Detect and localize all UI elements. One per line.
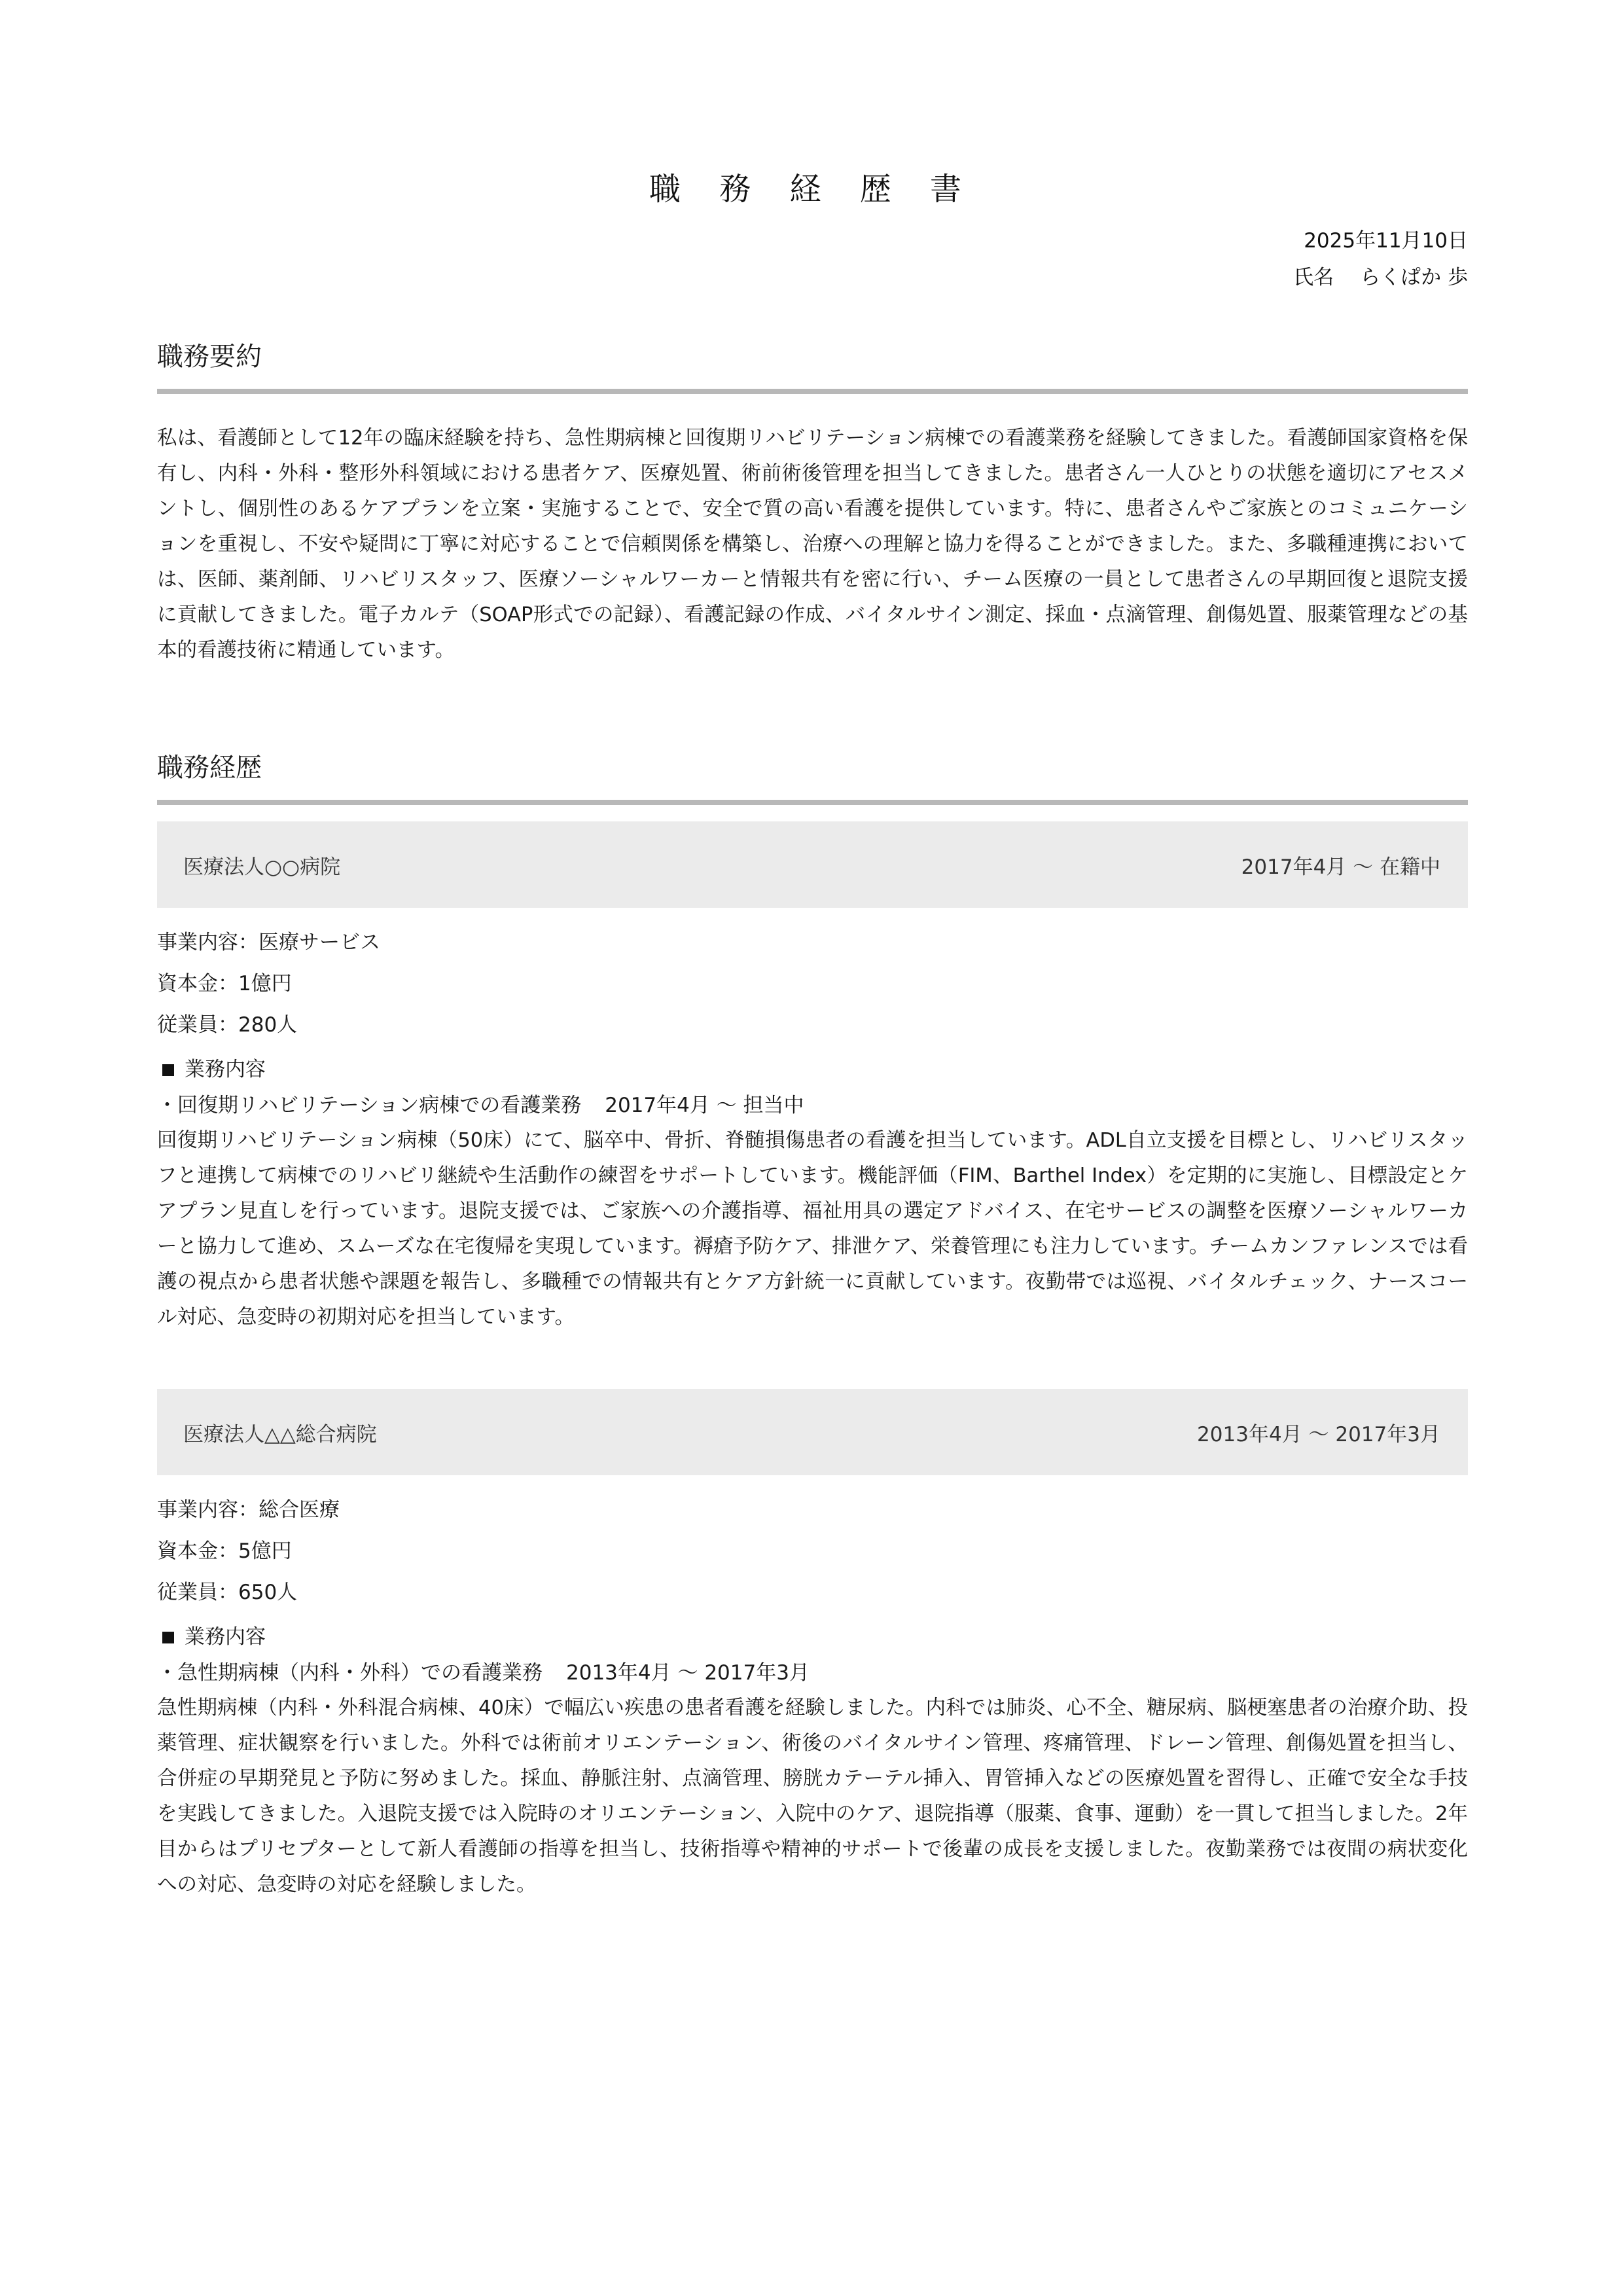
document-title: 職 務 経 歴 書 xyxy=(157,164,1468,209)
company-facts: 事業内容：医療サービス 資本金：1億円 従業員：280人 xyxy=(157,922,1468,1046)
company-entry: 医療法人△△総合病院 2013年4月 〜 2017年3月 事業内容：総合医療 資… xyxy=(157,1389,1468,1903)
applicant-name: らくぱか 歩 xyxy=(1360,266,1468,289)
company-employees: 従業員：650人 xyxy=(157,1572,1468,1613)
document-meta: 2025年11月10日 氏名らくぱか 歩 xyxy=(1293,223,1468,296)
company-period: 2013年4月 〜 2017年3月 xyxy=(1197,1418,1440,1447)
role-period: 2013年4月 〜 2017年3月 xyxy=(566,1661,810,1685)
duties-label: 業務内容 xyxy=(185,1058,266,1081)
company-employees: 従業員：280人 xyxy=(157,1005,1468,1046)
company-capital: 資本金：1億円 xyxy=(157,963,1468,1005)
name-label: 氏名 xyxy=(1293,266,1334,289)
applicant-name-row: 氏名らくぱか 歩 xyxy=(1293,259,1468,296)
square-bullet-icon xyxy=(162,1064,174,1076)
role-period: 2017年4月 〜 担当中 xyxy=(605,1094,804,1117)
role-line: ・急性期病棟（内科・外科）での看護業務2013年4月 〜 2017年3月 xyxy=(157,1655,1468,1691)
duties-heading: 業務内容 xyxy=(157,1051,1468,1088)
history-heading: 職務経歴 xyxy=(157,751,1468,784)
company-business: 事業内容：総合医療 xyxy=(157,1490,1468,1531)
role-title: ・回復期リハビリテーション病棟での看護業務 xyxy=(157,1094,581,1117)
company-name: 医療法人○○病院 xyxy=(183,850,340,880)
summary-section: 私は、看護師として12年の臨床経験を持ち、急性期病棟と回復期リハビリテーション病… xyxy=(157,421,1468,668)
company-facts: 事業内容：総合医療 資本金：5億円 従業員：650人 xyxy=(157,1490,1468,1613)
square-bullet-icon xyxy=(162,1632,174,1643)
company-period: 2017年4月 〜 在籍中 xyxy=(1241,850,1440,880)
company-entry: 医療法人○○病院 2017年4月 〜 在籍中 事業内容：医療サービス 資本金：1… xyxy=(157,821,1468,1335)
company-header: 医療法人○○病院 2017年4月 〜 在籍中 xyxy=(157,821,1468,908)
document-date: 2025年11月10日 xyxy=(1293,223,1468,259)
role-title: ・急性期病棟（内科・外科）での看護業務 xyxy=(157,1661,543,1685)
summary-section-header: 職務要約 xyxy=(157,340,1468,394)
role-description: 急性期病棟（内科・外科混合病棟、40床）で幅広い疾患の患者看護を経験しました。内… xyxy=(157,1691,1468,1903)
company-business: 事業内容：医療サービス xyxy=(157,922,1468,963)
company-name: 医療法人△△総合病院 xyxy=(183,1418,377,1447)
role-line: ・回復期リハビリテーション病棟での看護業務2017年4月 〜 担当中 xyxy=(157,1088,1468,1123)
summary-text: 私は、看護師として12年の臨床経験を持ち、急性期病棟と回復期リハビリテーション病… xyxy=(157,421,1468,668)
duties-label: 業務内容 xyxy=(185,1625,266,1649)
section-divider xyxy=(157,800,1468,805)
section-divider xyxy=(157,389,1468,394)
history-section-header: 職務経歴 xyxy=(157,751,1468,805)
company-header: 医療法人△△総合病院 2013年4月 〜 2017年3月 xyxy=(157,1389,1468,1475)
company-capital: 資本金：5億円 xyxy=(157,1531,1468,1572)
role-description: 回復期リハビリテーション病棟（50床）にて、脳卒中、骨折、脊髄損傷患者の看護を担… xyxy=(157,1123,1468,1335)
duties-heading: 業務内容 xyxy=(157,1619,1468,1655)
summary-heading: 職務要約 xyxy=(157,340,1468,373)
